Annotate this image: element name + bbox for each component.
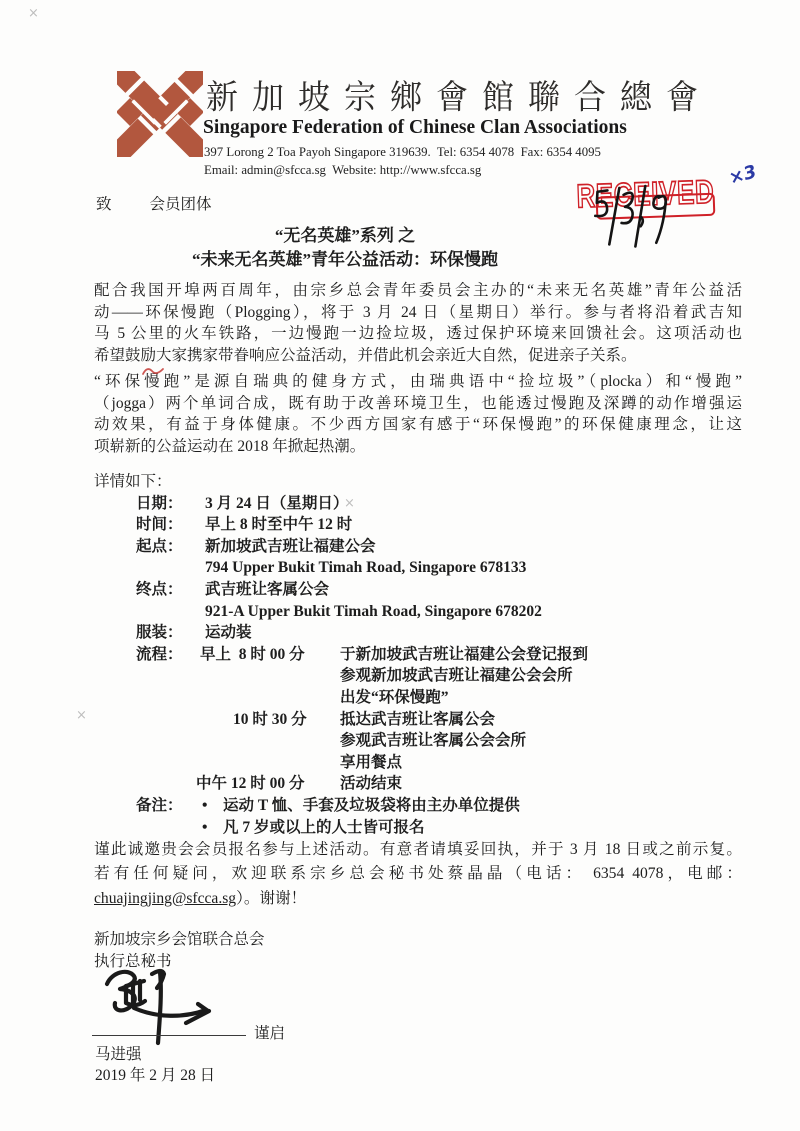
details-intro: 详情如下：	[94, 471, 172, 493]
recipient-line: 致 会员团体	[96, 192, 212, 214]
pencil-mark: ×	[28, 6, 39, 21]
notes-row: 备注： • 运动 T 恤、手套及垃圾袋将由主办单位提供	[94, 795, 774, 817]
paragraph-1-line: 希望鼓励大家携家带眷响应公益活动，并借此机会亲近大自然，促进亲子关系。	[94, 345, 742, 367]
paragraph-2-line: 动效果，有益于身体健康。不少西方国家有感于“环保慢跑”的环保健康理念，让这	[94, 414, 742, 436]
paragraph-1-line: 配合我国开埠两百周年，由宗乡总会青年委员会主办的“未来无名英雄”青年公益活	[94, 280, 742, 302]
detail-row-time: 时间： 早上 8 时至中午 12 时	[94, 514, 774, 536]
schedule-row: 中午 12 时 00 分 活动结束	[94, 773, 774, 795]
closing-line: 若有任何疑问，欢迎联系宗乡总会秘书处蔡晶晶（电话： 6354 4078，电邮：	[94, 862, 742, 886]
bullet-icon: •	[202, 795, 207, 817]
signoff-name: 马进强	[95, 1042, 142, 1064]
schedule-row: 参观武吉班让客属公会会所	[94, 730, 774, 752]
detail-row-start-point: 起点： 新加坡武吉班让福建公会	[94, 536, 774, 558]
copies-annotation: ×3	[727, 161, 759, 189]
pencil-mark: ×	[76, 708, 87, 723]
paragraph-1: 配合我国开埠两百周年，由宗乡总会青年委员会主办的“未来无名英雄”青年公益活 动—…	[94, 280, 742, 367]
contact-email: chuajingjing@sfcca.sg	[94, 890, 236, 907]
document-title: “无名英雄”系列 之 “未来无名英雄”青年公益活动：环保慢跑	[45, 224, 645, 272]
org-name-english: Singapore Federation of Chinese Clan Ass…	[203, 117, 627, 139]
red-ink-mark	[140, 364, 166, 378]
paragraph-1-line: 动——环保慢跑（Plogging），将于 3 月 24 日（星期日）举行。参与者…	[94, 302, 742, 324]
notes-row: • 凡 7 岁或以上的人士皆可报名	[94, 817, 774, 839]
detail-row-date: 日期： 3 月 24 日（星期日）	[94, 493, 774, 515]
schedule-row: 参观新加坡武吉班让福建公会会所	[94, 665, 774, 687]
event-details: 详情如下： 日期： 3 月 24 日（星期日） 时间： 早上 8 时至中午 12…	[94, 471, 774, 838]
org-name-chinese-calligraphy: 新加坡宗鄉會館聯合總會	[206, 71, 712, 119]
detail-row-start-address: 794 Upper Bukit Timah Road, Singapore 67…	[94, 557, 774, 579]
to-label: 致	[96, 196, 112, 213]
org-address: 397 Lorong 2 Toa Payoh Singapore 319639.…	[204, 145, 601, 160]
sfcca-logo-icon	[114, 66, 206, 158]
paragraph-2-line: 项崭新的公益运动在 2018 年掀起热潮。	[94, 436, 742, 458]
pencil-mark: ×	[344, 496, 355, 511]
detail-row-end-point: 终点： 武吉班让客属公会	[94, 579, 774, 601]
closing-line-tail: ）。谢谢！	[236, 890, 306, 907]
closing-line: 谨此诚邀贵会会员报名参与上述活动。有意者请填妥回执，并于 3 月 18 日或之前…	[94, 838, 742, 862]
schedule-row: 享用餐点	[94, 752, 774, 774]
schedule-row: 出发“环保慢跑”	[94, 687, 774, 709]
detail-row-attire: 服装： 运动装	[94, 622, 774, 644]
bullet-icon: •	[202, 817, 207, 839]
scanned-letter-page: 新加坡宗鄉會館聯合總會 Singapore Federation of Chin…	[0, 0, 800, 1131]
signoff-date: 2019 年 2 月 28 日	[95, 1063, 215, 1085]
signature-line	[92, 1035, 246, 1036]
detail-row-end-address: 921-A Upper Bukit Timah Road, Singapore …	[94, 601, 774, 623]
paragraph-1-line: 马 5 公里的火车铁路，一边慢跑一边捡垃圾，透过保护环境来回馈社会。这项活动也	[94, 323, 742, 345]
document-title-line2: “未来无名英雄”青年公益活动：环保慢跑	[45, 248, 645, 272]
signoff-salutation: 谨启	[254, 1021, 285, 1043]
closing-line: chuajingjing@sfcca.sg）。谢谢！	[94, 887, 742, 911]
paragraph-2-line: “环保慢跑”是源自瑞典的健身方式，由瑞典语中“捡垃圾”（plocka）和“慢跑”	[94, 371, 742, 393]
paragraph-2: “环保慢跑”是源自瑞典的健身方式，由瑞典语中“捡垃圾”（plocka）和“慢跑”…	[94, 371, 742, 458]
signoff-org: 新加坡宗乡会馆联合总会	[94, 927, 265, 949]
closing-paragraph: 谨此诚邀贵会会员报名参与上述活动。有意者请填妥回执，并于 3 月 18 日或之前…	[94, 838, 742, 911]
to-value: 会员团体	[150, 196, 212, 213]
schedule-row: 流程： 早上 8 时 00 分 于新加坡武吉班让福建公会登记报到	[94, 644, 774, 666]
schedule-row: 10 时 30 分 抵达武吉班让客属公会	[94, 709, 774, 731]
org-contact: Email: admin@sfcca.sg Website: http://ww…	[204, 163, 481, 178]
handwritten-signature	[92, 966, 232, 1046]
paragraph-2-line: （jogga）两个单词合成，既有助于改善环境卫生，也能透过慢跑及深蹲的动作增强运	[94, 393, 742, 415]
document-title-line1: “无名英雄”系列 之	[45, 224, 645, 248]
